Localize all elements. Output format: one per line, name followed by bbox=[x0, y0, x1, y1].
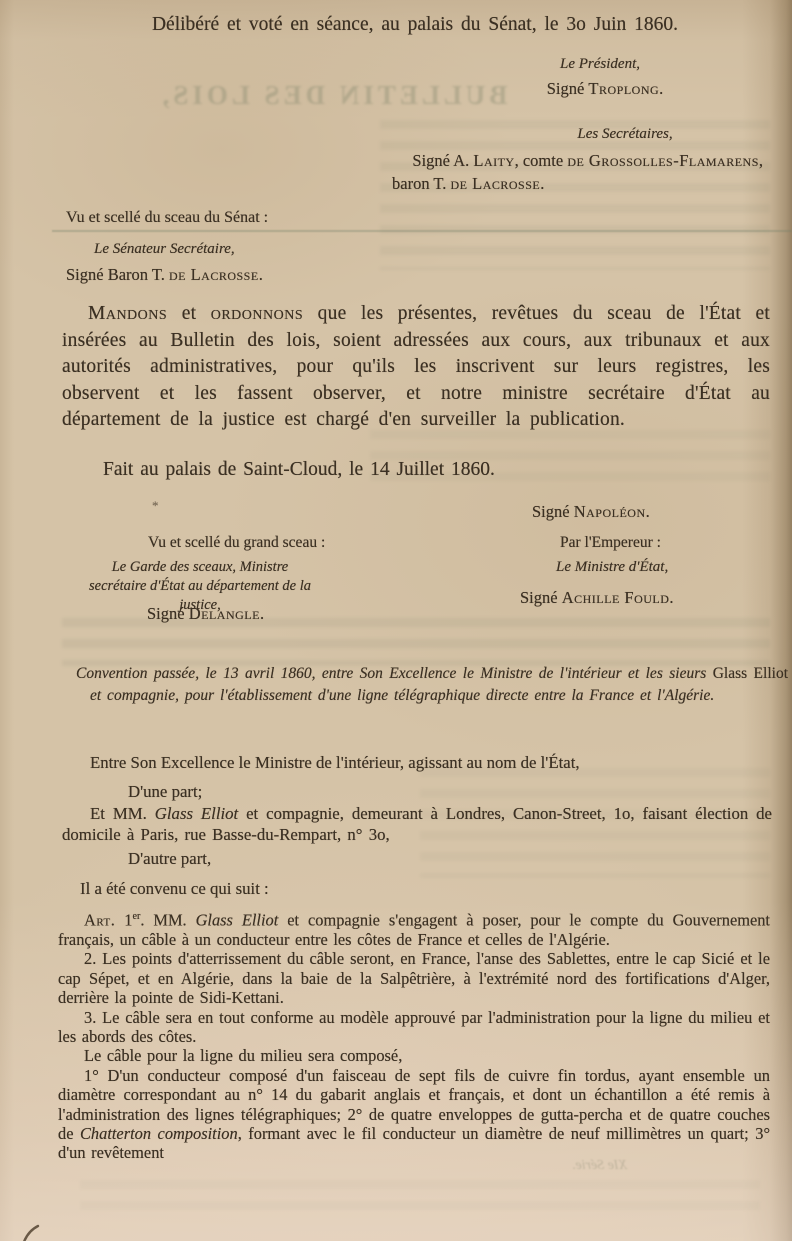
show-through-lines bbox=[62, 618, 770, 666]
signed-prefix: Signé bbox=[532, 502, 574, 521]
signed-prefix: Signé Baron T. bbox=[66, 265, 169, 284]
article-3-item-1: 1° D'un conducteur composé d'un faisceau… bbox=[58, 1066, 770, 1163]
by-emperor-line: Par l'Empereur : bbox=[560, 534, 661, 552]
period: . bbox=[540, 174, 544, 193]
signed-prefix: Signé bbox=[520, 588, 562, 607]
mandons-word: Mandons bbox=[88, 303, 167, 324]
convention-heading-text: et compagnie, pour l'établissement d'une… bbox=[90, 687, 714, 704]
comma: , bbox=[759, 151, 763, 170]
glass-elliot-name: Glass Elliot bbox=[196, 910, 279, 929]
president-title: Le Président, bbox=[535, 56, 665, 73]
convenu-line: Il a été convenu ce qui suit : bbox=[80, 879, 269, 899]
secretaries-signature-line2: baron T. de Lacrosse. bbox=[392, 174, 544, 194]
ordonnons-word: ordonnons bbox=[211, 303, 303, 324]
show-through-headline: BULLETIN DES LOIS, bbox=[118, 80, 548, 111]
text-run: , comte bbox=[515, 151, 568, 170]
deliberation-line: Délibéré et voté en séance, au palais du… bbox=[85, 14, 745, 36]
show-through-lines bbox=[80, 1180, 760, 1220]
dune-part-line: D'une part; bbox=[128, 782, 202, 802]
signed-prefix: Signé A. bbox=[412, 151, 473, 170]
senate-seal-line: Vu et scellé du sceau du Sénat : bbox=[66, 209, 268, 227]
mandons-paragraph: Mandons et ordonnons que les présentes, … bbox=[62, 301, 770, 434]
article-1: Art. 1er. MM. Glass Elliot et compagnie … bbox=[58, 907, 770, 949]
senate-seal-signature: Signé Baron T. de Lacrosse. bbox=[66, 265, 263, 285]
articles-section: Art. 1er. MM. Glass Elliot et compagnie … bbox=[58, 907, 770, 1163]
secretaries-signature-line1: Signé A. Laity, comte de Grossolles-Flam… bbox=[295, 151, 763, 171]
glass-elliot-name: Glass Elliot bbox=[713, 665, 788, 682]
secretary-name-lacrosse: de Lacrosse bbox=[451, 174, 541, 193]
pen-mark bbox=[14, 1208, 74, 1241]
secretary-name-grossolles: de Grossolles-Flamarens bbox=[567, 151, 759, 170]
grand-seal-line: Vu et scellé du grand sceau : bbox=[148, 534, 325, 552]
article-label: Art. bbox=[84, 910, 115, 929]
text-run: . MM. bbox=[140, 910, 195, 929]
fould-name: Achille Fould bbox=[562, 588, 670, 607]
period: . bbox=[669, 588, 673, 607]
text-run: et bbox=[167, 303, 211, 324]
show-through-rule bbox=[52, 230, 792, 232]
article-number: 1 bbox=[115, 910, 132, 929]
text-run: Et MM. bbox=[90, 804, 155, 823]
fould-signature: Signé Achille Fould. bbox=[520, 588, 674, 608]
dautre-part-line: D'autre part, bbox=[128, 849, 211, 869]
dateline: Fait au palais de Saint-Cloud, le 14 Jui… bbox=[103, 459, 495, 481]
president-signature: Signé Troplong. bbox=[505, 79, 705, 99]
lacrosse-name: de Lacrosse bbox=[169, 265, 259, 284]
scanned-document-page: BULLETIN DES LOIS, XIe Série. Délibéré e… bbox=[0, 0, 792, 1241]
text-run: baron T. bbox=[392, 174, 451, 193]
article-3: 3. Le câble sera en tout conforme au mod… bbox=[58, 1008, 770, 1047]
period: . bbox=[659, 79, 663, 98]
chatterton-term: Chatterton composition bbox=[80, 1124, 238, 1143]
president-name: Troplong bbox=[588, 79, 659, 98]
minister-of-state-title: Le Ministre d'État, bbox=[556, 559, 668, 576]
napoleon-signature: Signé Napoléon. bbox=[532, 502, 650, 522]
article-3-suite: Le câble pour la ligne du milieu sera co… bbox=[58, 1046, 770, 1065]
period: . bbox=[260, 604, 264, 623]
period: . bbox=[646, 502, 650, 521]
secretaries-title: Les Secrétaires, bbox=[545, 126, 705, 143]
delangle-name: Delangle bbox=[189, 604, 260, 623]
article-2: 2. Les points d'atterrissement du câble … bbox=[58, 949, 770, 1007]
et-mm-paragraph: Et MM. Glass Elliot et compagnie, demeur… bbox=[62, 803, 772, 845]
glass-elliot-name: Glass Elliot bbox=[155, 804, 238, 823]
signed-prefix: Signé bbox=[547, 79, 589, 98]
printers-mark: * bbox=[152, 498, 159, 514]
convention-heading: Convention passée, le 13 avril 1860, ent… bbox=[76, 663, 788, 706]
delangle-signature: Signé Delangle. bbox=[147, 604, 264, 624]
convention-heading-text: Convention passée, le 13 avril 1860, ent… bbox=[76, 665, 713, 682]
entre-line: Entre Son Excellence le Ministre de l'in… bbox=[62, 753, 772, 773]
garde-title-line1: Le Garde des sceaux, Ministre bbox=[72, 558, 328, 577]
signed-prefix: Signé bbox=[147, 604, 189, 623]
senator-secretary-title: Le Sénateur Secrétaire, bbox=[94, 241, 235, 258]
secretary-name-laity: Laity bbox=[473, 151, 514, 170]
napoleon-name: Napoléon bbox=[574, 502, 646, 521]
period: . bbox=[259, 265, 263, 284]
